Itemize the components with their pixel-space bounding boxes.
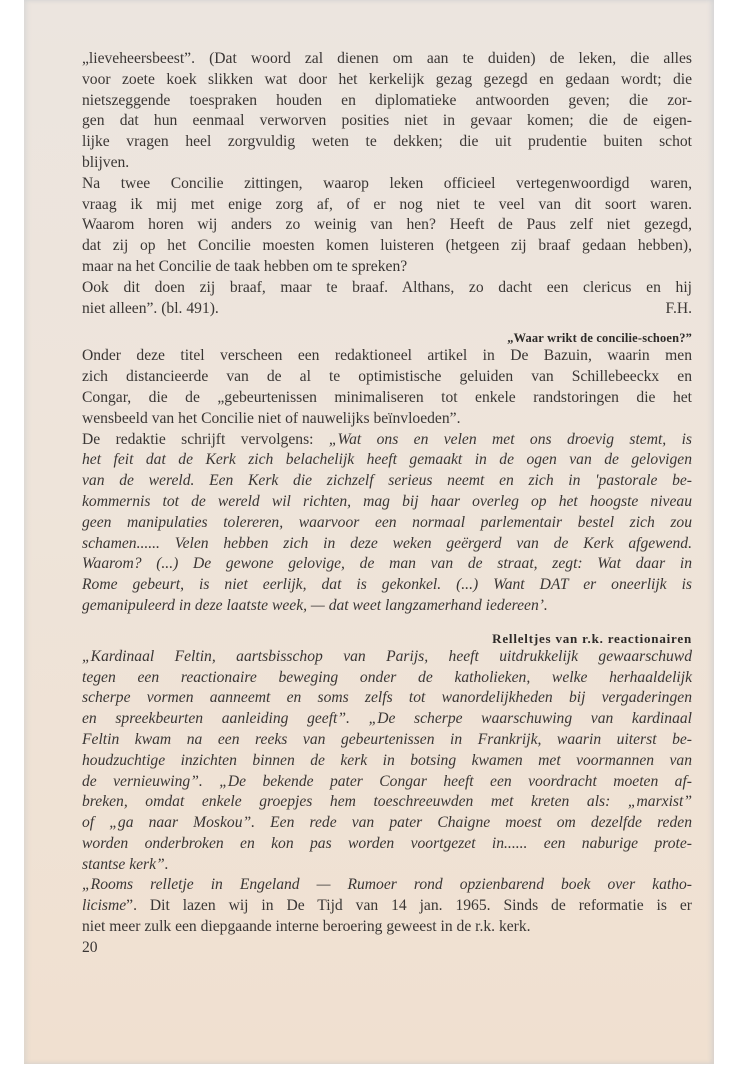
text-line: en spreekbeurten aanleiding geeft”. „De … bbox=[82, 709, 692, 730]
text-line: vraag ik mij met enige zorg af, of er no… bbox=[82, 195, 692, 216]
text-line: worden onderbroken en kon pas worden voo… bbox=[82, 834, 692, 855]
text-line: houdzuchtige inzichten binnen de kerk in… bbox=[82, 751, 692, 772]
paragraph-concilie-zittingen: Na twee Concilie zittingen, waarop leken… bbox=[82, 174, 692, 278]
text-line: de vernieuwing”. „De bekende pater Conga… bbox=[82, 772, 692, 793]
section-heading-concilie-schoen: „Waar wrikt de concilie-schoen?” bbox=[82, 330, 692, 346]
text-line: gemanipuleerd in deze laatste week, — da… bbox=[82, 596, 692, 617]
text-line: blijven. bbox=[82, 153, 692, 174]
paragraph-lieveheersbeest: „lieveheersbeest”. (Dat woord zal dienen… bbox=[82, 49, 692, 174]
text-line: schamen...... Velen hebben zich in deze … bbox=[82, 534, 692, 555]
paragraph-rooms-relletje: „Rooms relletje in Engeland — Rumoer ron… bbox=[82, 875, 692, 937]
text-line: Congar, die de „gebeurtenissen minimalis… bbox=[82, 388, 692, 409]
text-line: Na twee Concilie zittingen, waarop leken… bbox=[82, 174, 692, 195]
text-line: „Rooms relletje in Engeland — Rumoer ron… bbox=[82, 875, 692, 896]
text-line: Rome gebeurt, is niet eerlijk, dat is ge… bbox=[82, 575, 692, 596]
text-line: Waarom horen wij anders zo weinig van he… bbox=[82, 215, 692, 236]
text-line: dat zij op het Concilie moesten komen lu… bbox=[82, 236, 692, 257]
quote-text: licisme bbox=[82, 897, 126, 914]
text-line: wensbeeld van het Concilie niet of nauwe… bbox=[82, 409, 692, 430]
text-line: „Kardinaal Feltin, aartsbisschop van Par… bbox=[82, 647, 692, 668]
signature-line: niet alleen”. (bl. 491). F.H. bbox=[82, 299, 692, 320]
text-line: Feltin kwam na een reeks van gebeurtenis… bbox=[82, 730, 692, 751]
text-line: van de wereld. Een Kerk die zichzelf ser… bbox=[82, 471, 692, 492]
text-line: kommernis tot de wereld wil richten, mag… bbox=[82, 492, 692, 513]
text-line: of „ga naar Moskou”. Een rede van pater … bbox=[82, 813, 692, 834]
text-line: breken, omdat enkele groepjes hem toesch… bbox=[82, 792, 692, 813]
text-line: licisme”. Dit lazen wij in De Tijd van 1… bbox=[82, 896, 692, 917]
text-line: De redaktie schrijft vervolgens: „Wat on… bbox=[82, 430, 692, 451]
page-number: 20 bbox=[82, 938, 692, 959]
text-line: maar na het Concilie de taak hebben om t… bbox=[82, 257, 692, 278]
paragraph-feltin-quote: „Kardinaal Feltin, aartsbisschop van Par… bbox=[82, 647, 692, 876]
paragraph-redaktie-quote: De redaktie schrijft vervolgens: „Wat on… bbox=[82, 430, 692, 617]
quote-text: „Wat ons en velen met ons droevig stemt,… bbox=[329, 431, 692, 448]
paragraph-braaf: Ook dit doen zij braaf, maar te braaf. A… bbox=[82, 278, 692, 320]
page-text: „lieveheersbeest”. (Dat woord zal dienen… bbox=[82, 49, 692, 959]
text-line: gen dat hun eenmaal verworven posities n… bbox=[82, 111, 692, 132]
text-line: niet meer zulk een diepgaande interne be… bbox=[82, 917, 692, 938]
text-line: „lieveheersbeest”. (Dat woord zal dienen… bbox=[82, 49, 692, 70]
text-line: scherpe vormen aanneemt en soms zelfs to… bbox=[82, 688, 692, 709]
quote-intro: De redaktie schrijft vervolgens: bbox=[82, 431, 329, 448]
author-signature: F.H. bbox=[666, 299, 692, 320]
text-line: Waarom? (...) De gewone gelovige, de man… bbox=[82, 554, 692, 575]
text-line: Onder deze titel verscheen een redaktion… bbox=[82, 346, 692, 367]
text-line: niet alleen”. (bl. 491). bbox=[82, 299, 219, 320]
text-line: zich distancieerde van de al te optimist… bbox=[82, 367, 692, 388]
text-line: tegen een reactionaire beweging onder de… bbox=[82, 668, 692, 689]
text-line: nietszeggende toespraken houden en diplo… bbox=[82, 91, 692, 112]
text-line: Ook dit doen zij braaf, maar te braaf. A… bbox=[82, 278, 692, 299]
text-line: voor zoete koek slikken wat door het ker… bbox=[82, 70, 692, 91]
text-line: lijke vragen heel zorgvuldig weten te de… bbox=[82, 132, 692, 153]
body-text: ”. Dit lazen wij in De Tijd van 14 jan. … bbox=[126, 897, 692, 914]
text-line: stantse kerk”. bbox=[82, 855, 692, 876]
paragraph-de-bazuin: Onder deze titel verscheen een redaktion… bbox=[82, 346, 692, 429]
text-line: geen manipulaties tolereren, waarvoor ee… bbox=[82, 513, 692, 534]
book-page: „lieveheersbeest”. (Dat woord zal dienen… bbox=[24, 0, 714, 1064]
text-line: het feit dat de Kerk zich belachelijk he… bbox=[82, 450, 692, 471]
section-heading-reactionairen: Relleltjes van r.k. reactionairen bbox=[82, 631, 692, 647]
